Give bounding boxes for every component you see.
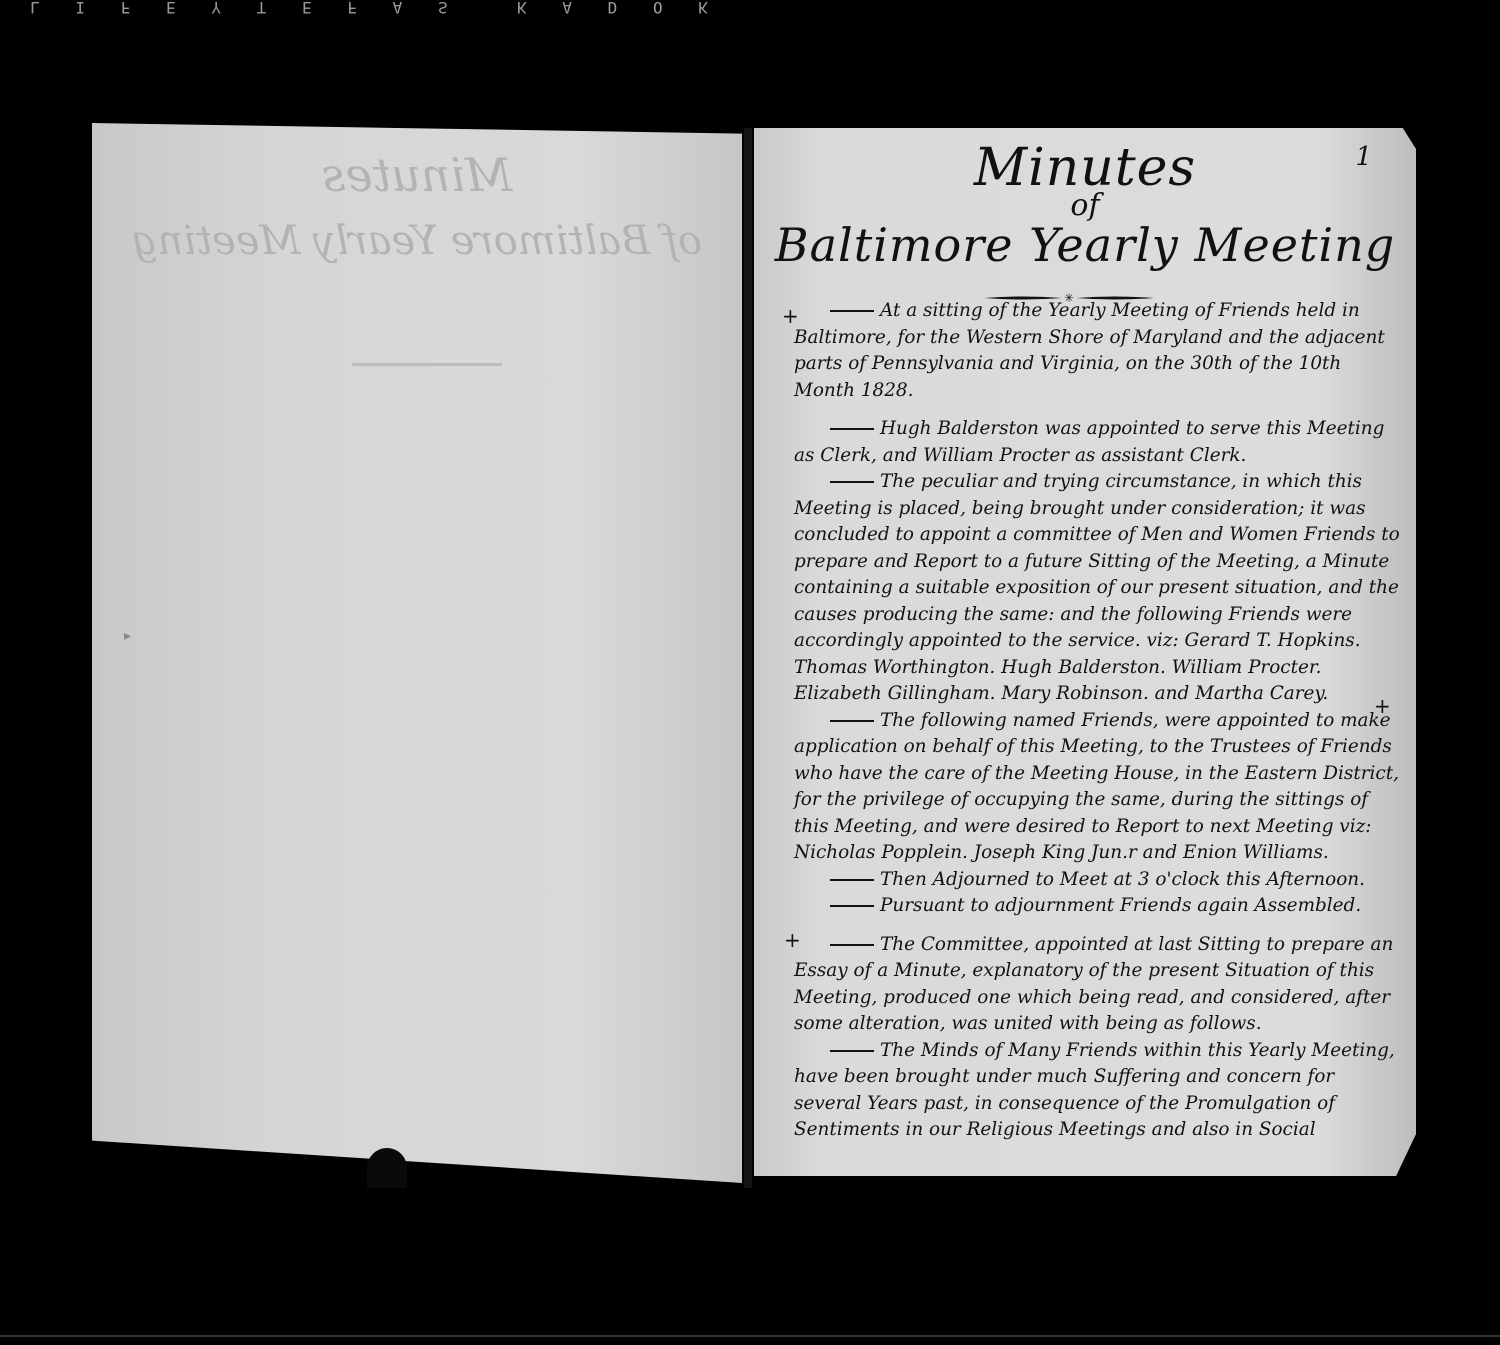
minute-paragraph: The peculiar and trying circumstance, in…: [794, 469, 1404, 708]
margin-mark: ▸: [124, 628, 131, 644]
left-page: Minutes of Baltimore Yearly Meeting ▸: [92, 123, 742, 1183]
film-edge-char: E: [302, 0, 314, 17]
minute-paragraph: The Committee, appointed at last Sitting…: [794, 932, 1404, 1038]
bleed-through-rule: [352, 363, 502, 366]
bleed-through-subtitle: of Baltimore Yearly Meeting: [92, 218, 742, 264]
film-edge-char: D: [608, 0, 620, 17]
film-edge-char: F: [121, 0, 133, 17]
film-edge-char: Y: [211, 0, 223, 17]
right-page: 1 Minutes of Baltimore Yearly Meeting ✳ …: [754, 128, 1416, 1176]
film-bottom-edge: [0, 1335, 1500, 1337]
film-edge-char: A: [562, 0, 574, 17]
film-edge-char: O: [653, 0, 665, 17]
page-tab-notch: [367, 1148, 407, 1188]
book-gutter: [744, 128, 752, 1188]
film-edge-char: K: [698, 0, 710, 17]
film-edge-char: F: [347, 0, 359, 17]
film-edge-char: K: [517, 0, 529, 17]
minute-paragraph: The following named Friends, were appoin…: [794, 708, 1404, 867]
minute-paragraph: Pursuant to adjournment Friends again As…: [794, 893, 1404, 920]
film-edge-char: S: [438, 0, 450, 17]
book-spread: Minutes of Baltimore Yearly Meeting ▸ 1 …: [82, 118, 1422, 1183]
film-edge-char: T: [257, 0, 269, 17]
film-edge-char: I: [75, 0, 87, 17]
minute-paragraph: The Minds of Many Friends within this Ye…: [794, 1038, 1404, 1144]
manuscript-body: At a sitting of the Yearly Meeting of Fr…: [794, 298, 1404, 1144]
film-edge-label: L I F E Y T E F A S K A D O K: [30, 0, 710, 14]
film-edge-char: L: [30, 0, 42, 17]
minute-paragraph: At a sitting of the Yearly Meeting of Fr…: [794, 298, 1404, 404]
minute-paragraph: Then Adjourned to Meet at 3 o'clock this…: [794, 867, 1404, 894]
bleed-through-title: Minutes: [92, 148, 742, 202]
film-edge-char: A: [393, 0, 405, 17]
page-subtitle: Baltimore Yearly Meeting: [754, 218, 1416, 272]
film-edge-char: E: [166, 0, 178, 17]
minute-paragraph: Hugh Balderston was appointed to serve t…: [794, 416, 1404, 469]
